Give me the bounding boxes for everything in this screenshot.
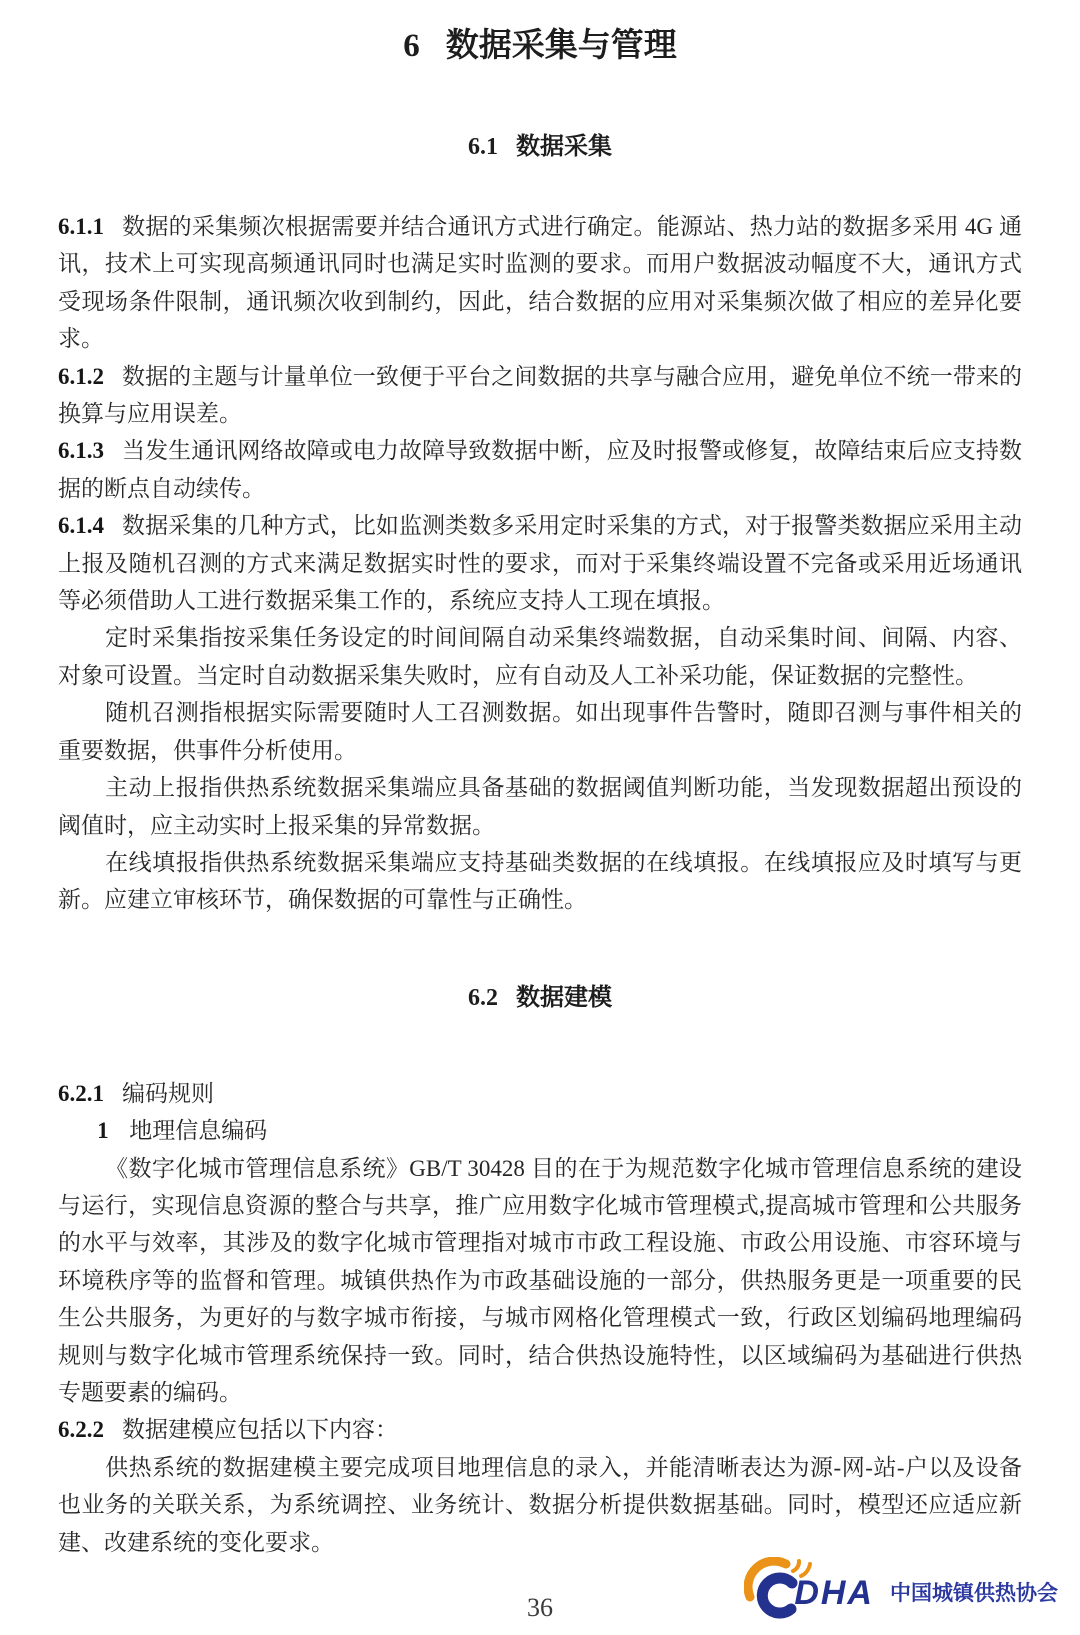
logo-abbreviation: DHA xyxy=(794,1574,874,1613)
paragraph-geo-standard: 《数字化城市管理信息系统》GB/T 30428 目的在于为规范数字化城市管理信息… xyxy=(58,1150,1022,1412)
clause-text: 当发生通讯网络故障或电力故障导致数据中断，应及时报警或修复，故障结束后应支持数据… xyxy=(58,438,1022,500)
clause-text: 数据的主题与计量单位一致便于平台之间数据的共享与融合应用，避免单位不统一带来的换… xyxy=(58,364,1022,426)
sub-item-geo-coding: 1地理信息编码 xyxy=(58,1112,1022,1149)
clause-title: 数据建模应包括以下内容： xyxy=(122,1417,398,1442)
cdha-association-logo: DHA 中国城镇供热协会 xyxy=(744,1557,1058,1619)
item-title: 地理信息编码 xyxy=(129,1118,267,1143)
logo-organization-name: 中国城镇供热协会 xyxy=(890,1577,1058,1607)
clause-number: 6.2.2 xyxy=(58,1417,104,1442)
clause-text: 数据的采集频次根据需要并结合通讯方式进行确定。能源站、热力站的数据多采用 4G … xyxy=(58,214,1022,351)
paragraph-active-reporting: 主动上报指供热系统数据采集端应具备基础的数据阈值判断功能，当发现数据超出预设的阈… xyxy=(58,769,1022,844)
paragraph-random-polling: 随机召测指根据实际需要随时人工召测数据。如出现事件告警时，随即召测与事件相关的重… xyxy=(58,694,1022,769)
clause-6-1-2: 6.1.2数据的主题与计量单位一致便于平台之间数据的共享与融合应用，避免单位不统… xyxy=(58,358,1022,433)
clause-number: 6.1.1 xyxy=(58,214,104,239)
paragraph-timed-collection: 定时采集指按采集任务设定的时间间隔自动采集终端数据，自动采集时间、间隔、内容、对… xyxy=(58,619,1022,694)
clause-number: 6.1.4 xyxy=(58,513,104,538)
section-title: 数据采集 xyxy=(516,134,612,160)
section-number: 6.1 xyxy=(468,134,498,160)
clause-6-2-1: 6.2.1编码规则 xyxy=(58,1075,1022,1112)
document-content: 6数据采集与管理 6.1数据采集 6.1.1数据的采集频次根据需要并结合通讯方式… xyxy=(0,0,1080,1561)
chapter-number: 6 xyxy=(403,28,420,64)
chapter-heading: 6数据采集与管理 xyxy=(58,26,1022,66)
paragraph-online-filling: 在线填报指供热系统数据采集端应支持基础类数据的在线填报。在线填报应及时填写与更新… xyxy=(58,844,1022,919)
clause-number: 6.1.2 xyxy=(58,364,104,389)
clause-number: 6.1.3 xyxy=(58,438,104,463)
clause-6-1-1: 6.1.1数据的采集频次根据需要并结合通讯方式进行确定。能源站、热力站的数据多采… xyxy=(58,208,1022,358)
section-heading-6-2: 6.2数据建模 xyxy=(58,983,1022,1013)
section-number: 6.2 xyxy=(468,985,498,1011)
section-title: 数据建模 xyxy=(516,985,612,1011)
chapter-title: 数据采集与管理 xyxy=(446,28,677,64)
paragraph-data-modeling: 供热系统的数据建模主要完成项目地理信息的录入，并能清晰表达为源-网-站-户以及设… xyxy=(58,1449,1022,1561)
clause-6-1-3: 6.1.3当发生通讯网络故障或电力故障导致数据中断，应及时报警或修复，故障结束后… xyxy=(58,432,1022,507)
clause-6-1-4: 6.1.4数据采集的几种方式，比如监测类数多采用定时采集的方式，对于报警类数据应… xyxy=(58,507,1022,619)
document-page: 6数据采集与管理 6.1数据采集 6.1.1数据的采集频次根据需要并结合通讯方式… xyxy=(0,0,1080,1635)
clause-number: 6.2.1 xyxy=(58,1081,104,1106)
item-number: 1 xyxy=(97,1118,109,1143)
section-heading-6-1: 6.1数据采集 xyxy=(58,132,1022,162)
clause-title: 编码规则 xyxy=(122,1081,214,1106)
clause-6-2-2: 6.2.2数据建模应包括以下内容： xyxy=(58,1411,1022,1448)
clause-text: 数据采集的几种方式，比如监测类数多采用定时采集的方式，对于报警类数据应采用主动上… xyxy=(58,513,1022,613)
